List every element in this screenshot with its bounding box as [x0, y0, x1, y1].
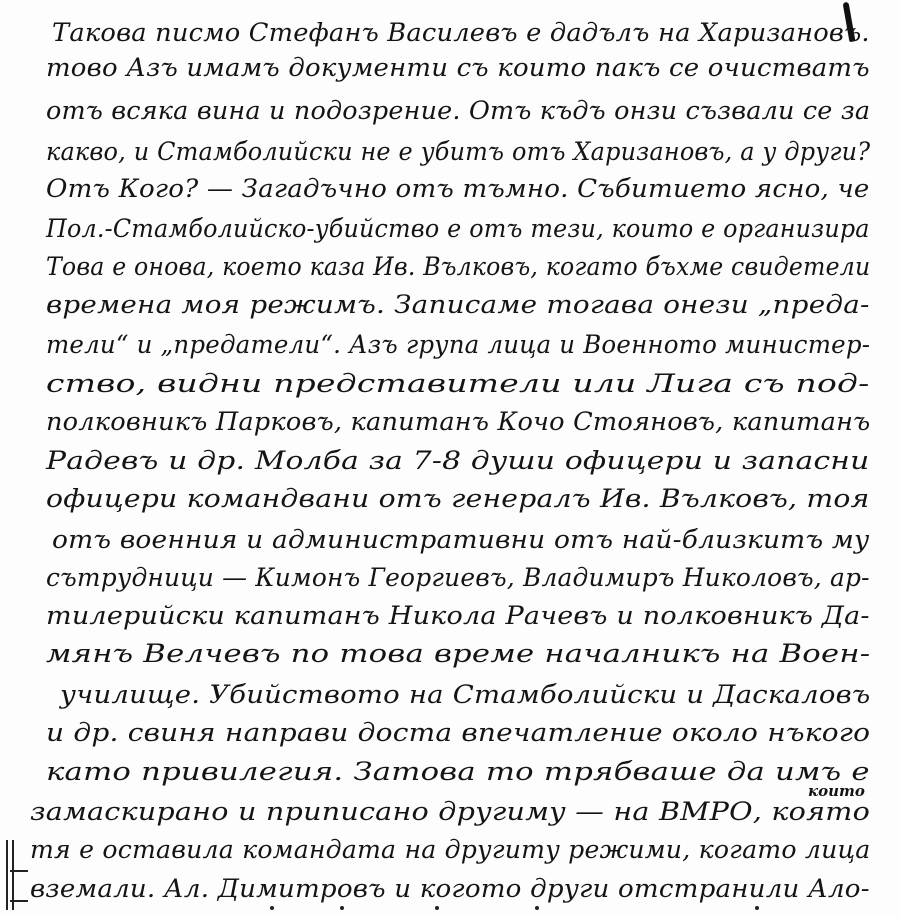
- manuscript-line-5: Отъ Кого? — Загадъчно отъ тъмно. Събитие…: [46, 174, 870, 203]
- manuscript-line-23: вземали. Ал. Димитровъ и когото други от…: [30, 874, 870, 903]
- manuscript-line-21: замаскирано и приписано другиму — на ВМР…: [30, 797, 870, 826]
- ink-dot: [435, 906, 439, 910]
- manuscript-line-20: като привилегия. Затова то трябваше да и…: [46, 757, 870, 786]
- ink-dot: [340, 906, 344, 910]
- margin-dash: [10, 870, 28, 872]
- manuscript-line-8: времена моя режимъ. Записаме тогава онез…: [46, 290, 870, 319]
- manuscript-line-15: сътрудници — Кимонъ Георгиевъ, Владимиръ…: [46, 563, 870, 592]
- ink-dot: [270, 906, 274, 910]
- margin-dash: [10, 900, 28, 902]
- manuscript-line-16: тилерийски капитанъ Никола Рачевъ и полк…: [46, 601, 870, 630]
- manuscript-line-3: отъ всяка вина и подозрение. Отъ къдъ он…: [46, 96, 870, 125]
- ink-dot: [535, 906, 539, 910]
- manuscript-line-6: Пол.-Стамболийско-убийство е отъ тези, к…: [46, 214, 870, 243]
- manuscript-line-13: офицери командвани отъ генералъ Ив. Вълк…: [46, 484, 870, 513]
- manuscript-line-11: полковникъ Парковъ, капитанъ Кочо Стояно…: [46, 407, 870, 436]
- manuscript-line-17: мянъ Велчевъ по това време началникъ на …: [46, 639, 870, 668]
- manuscript-line-14: отъ военния и административни отъ най-бл…: [52, 525, 870, 554]
- ink-dot: [755, 906, 759, 910]
- manuscript-line-10: ство, видни представители или Лига съ по…: [46, 369, 870, 398]
- manuscript-line-4: какво, и Стамболийски не е убитъ отъ Хар…: [46, 137, 870, 166]
- manuscript-line-19: и др. свиня направи доста впечатление ок…: [46, 718, 870, 747]
- manuscript-line-7: Това е онова, което каза Ив. Вълковъ, ко…: [46, 252, 870, 281]
- manuscript-line-9: тели“ и „предатели“. Азъ група лица и Во…: [46, 330, 870, 359]
- manuscript-line-12: Радевъ и др. Молба за 7-8 души офицери и…: [46, 446, 869, 475]
- manuscript-line-18: училище. Убийството на Стамболийски и Да…: [60, 680, 870, 709]
- manuscript-line-22: тя е оставила командата на другиту режим…: [30, 835, 870, 864]
- manuscript-line-2: тово Азъ имамъ документи съ които пакъ с…: [46, 53, 870, 82]
- manuscript-page: Такова писмо Стефанъ Василевъ е дадълъ н…: [0, 0, 900, 917]
- manuscript-line-1: Такова писмо Стефанъ Василевъ е дадълъ н…: [52, 18, 870, 47]
